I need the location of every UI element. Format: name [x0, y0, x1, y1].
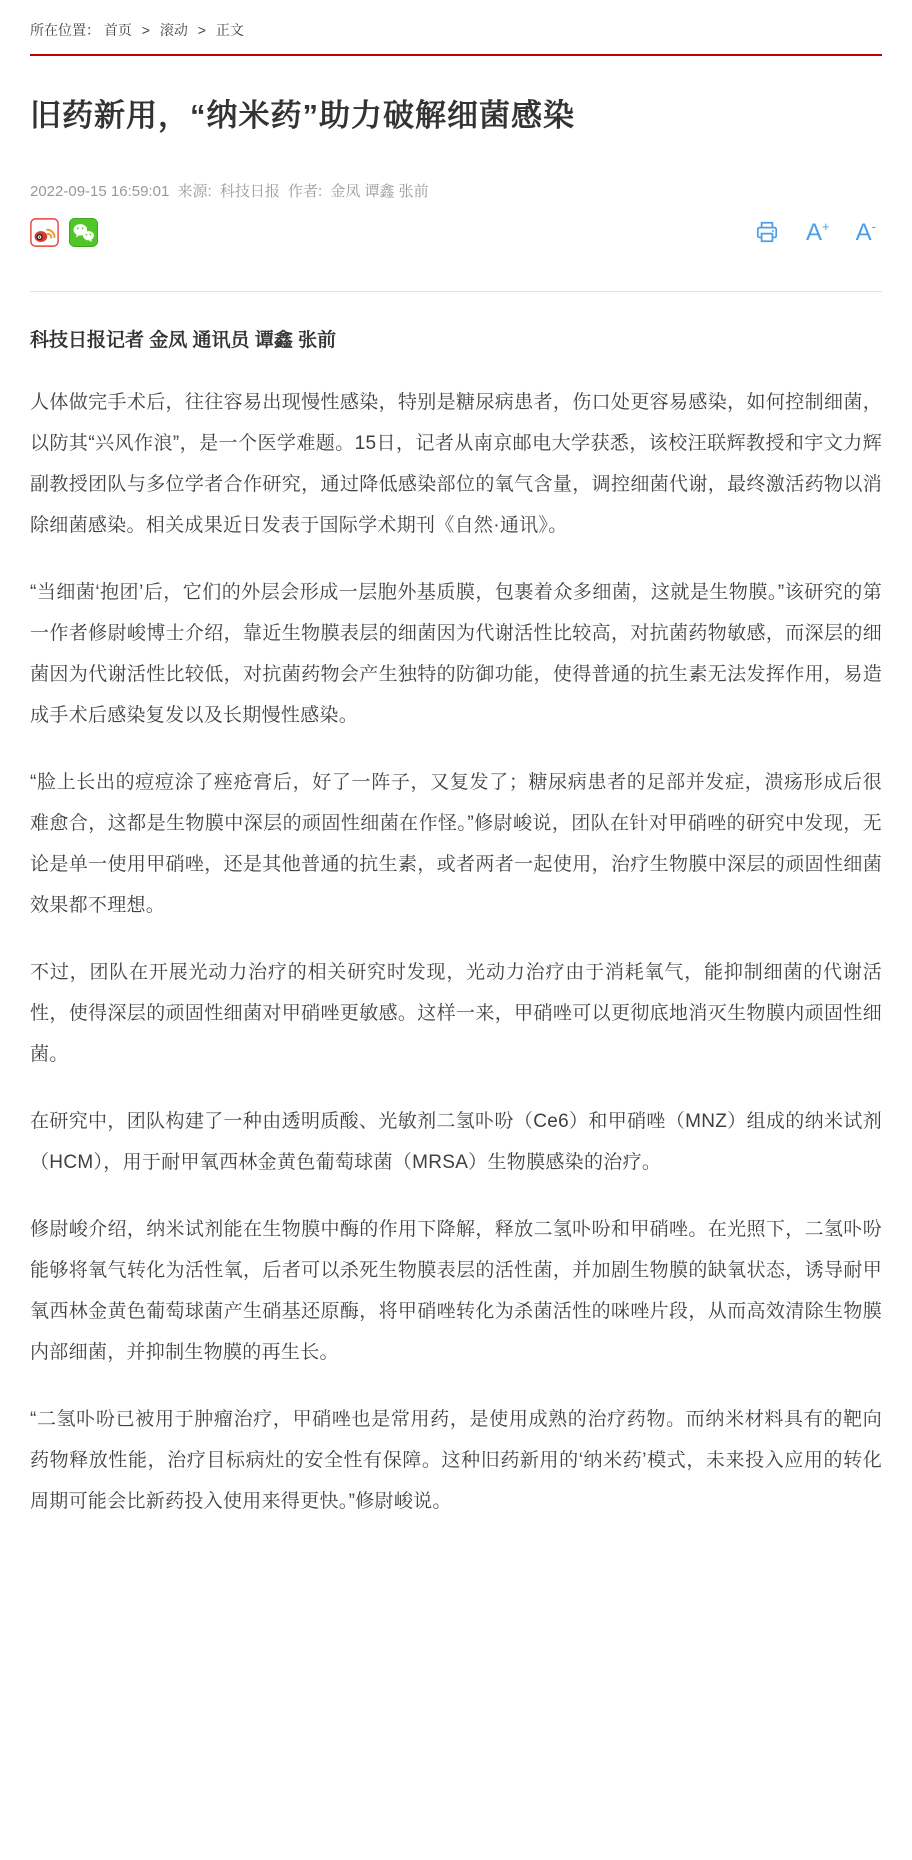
publish-time: 2022-09-15 16:59:01: [30, 183, 169, 200]
article-paragraph: “二氢卟吩已被用于肿瘤治疗，甲硝唑也是常用药，是使用成熟的治疗药物。而纳米材料具…: [30, 1399, 882, 1522]
article-paragraph: 人体做完手术后，往往容易出现慢性感染，特别是糖尿病患者，伤口处更容易感染，如何控…: [30, 382, 882, 546]
article-page: 所在位置： 首页 > 滚动 > 正文 旧药新用，“纳米药”助力破解细菌感染 20…: [0, 0, 912, 1582]
print-icon[interactable]: [754, 219, 780, 245]
author-label: 作者:: [288, 183, 322, 200]
minus-sign: -: [872, 219, 876, 234]
share-group: [30, 218, 98, 247]
font-decrease-button[interactable]: A-: [856, 220, 876, 245]
fontsize-group: A+ A-: [754, 219, 882, 245]
breadcrumb-separator: >: [142, 22, 150, 38]
page-title: 旧药新用，“纳米药”助力破解细菌感染: [30, 96, 882, 136]
font-increase-letter: A: [806, 219, 822, 246]
article-body: 人体做完手术后，往往容易出现慢性感染，特别是糖尿病患者，伤口处更容易感染，如何控…: [30, 382, 882, 1522]
font-decrease-letter: A: [856, 219, 872, 246]
font-increase-button[interactable]: A+: [806, 220, 830, 245]
breadcrumb-label: 所在位置：: [30, 22, 100, 38]
toolbar: A+ A-: [30, 215, 882, 249]
plus-sign: +: [822, 219, 830, 234]
article-meta: 2022-09-15 16:59:01 来源: 科技日报 作者: 金凤 谭鑫 张…: [30, 180, 882, 201]
breadcrumb: 所在位置： 首页 > 滚动 > 正文: [30, 0, 882, 40]
red-divider: [30, 54, 882, 56]
article-byline: 科技日报记者 金凤 通讯员 谭鑫 张前: [30, 326, 882, 356]
source-name: 科技日报: [220, 183, 280, 200]
content-divider: [30, 291, 882, 292]
author-names: 金凤 谭鑫 张前: [330, 183, 428, 200]
wechat-share-icon[interactable]: [69, 218, 98, 247]
article-paragraph: 修尉峻介绍，纳米试剂能在生物膜中酶的作用下降解，释放二氢卟吩和甲硝唑。在光照下，…: [30, 1209, 882, 1373]
source-label: 来源:: [177, 183, 211, 200]
breadcrumb-separator: >: [198, 22, 206, 38]
weibo-share-icon[interactable]: [30, 218, 59, 247]
article-paragraph: “当细菌‘抱团’后，它们的外层会形成一层胞外基质膜，包裹着众多细菌，这就是生物膜…: [30, 572, 882, 736]
article-paragraph: “脸上长出的痘痘涂了痤疮膏后，好了一阵子，又复发了；糖尿病患者的足部并发症，溃疡…: [30, 762, 882, 926]
article-paragraph: 在研究中，团队构建了一种由透明质酸、光敏剂二氢卟吩（Ce6）和甲硝唑（MNZ）组…: [30, 1101, 882, 1183]
article-paragraph: 不过，团队在开展光动力治疗的相关研究时发现，光动力治疗由于消耗氧气，能抑制细菌的…: [30, 952, 882, 1075]
breadcrumb-link-current[interactable]: 正文: [216, 22, 244, 38]
breadcrumb-link-scroll[interactable]: 滚动: [160, 22, 188, 38]
breadcrumb-link-home[interactable]: 首页: [104, 22, 132, 38]
